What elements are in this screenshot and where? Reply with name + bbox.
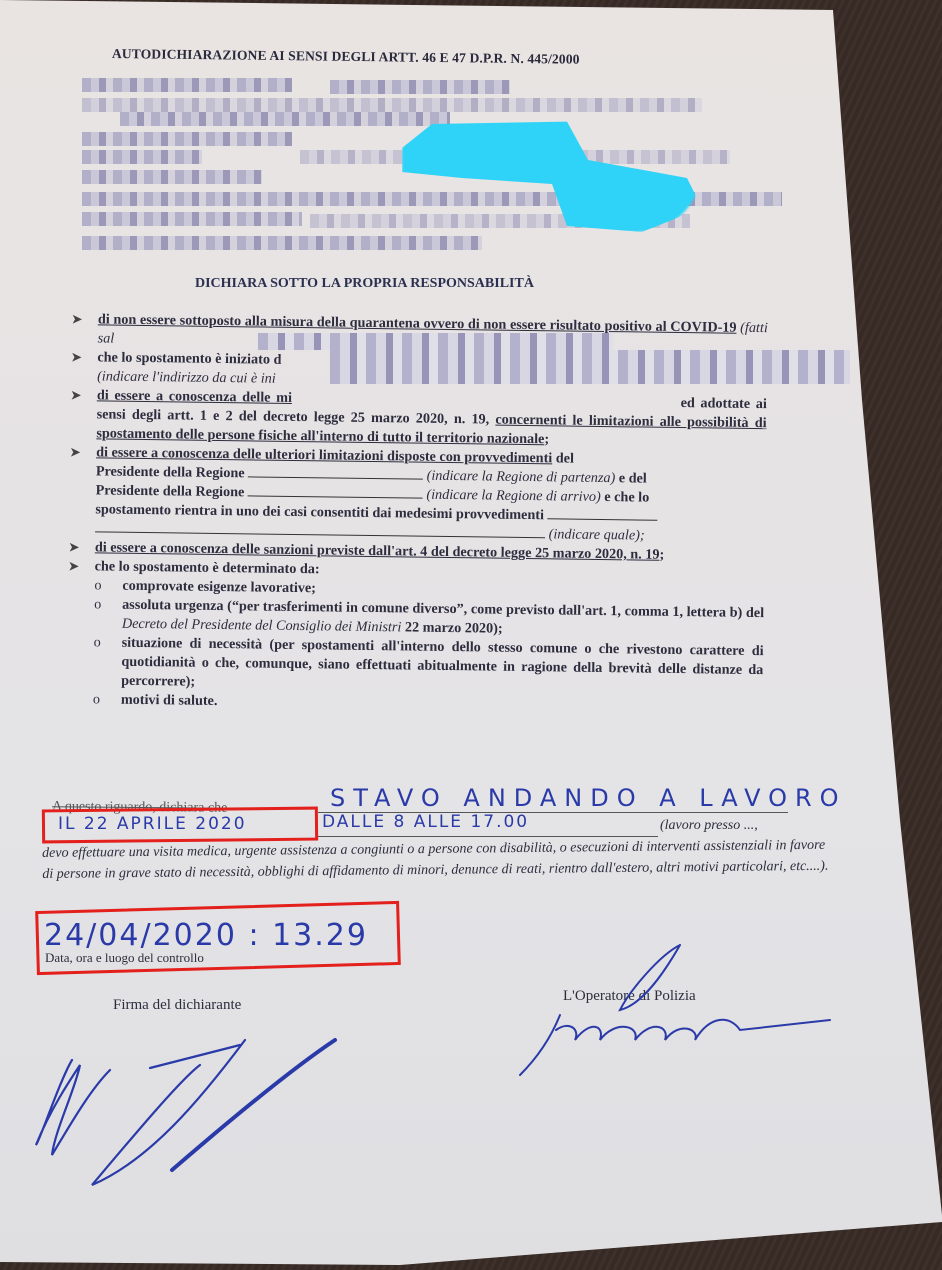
region-arrival-field[interactable] <box>248 483 423 498</box>
redacted-declaration-1 <box>258 333 613 350</box>
highlight-date-box <box>42 807 318 844</box>
signature-declarant-label: Firma del dichiarante <box>113 997 241 1014</box>
circle-bullet-icon: o <box>94 576 101 595</box>
section-heading: DICHIARA SOTTO LA PROPRIA RESPONSABILITÀ <box>195 276 534 292</box>
region-departure-field[interactable] <box>248 464 423 479</box>
redacted-declaration-2 <box>330 350 850 384</box>
signature-police-label: L'Operatore di Polizia <box>563 988 696 1005</box>
reason-paragraph: devo effettuare una visita medica, urgen… <box>42 835 832 885</box>
case-field[interactable] <box>547 506 657 520</box>
circle-bullet-icon: o <box>93 690 100 709</box>
arrow-bullet-icon: ➤ <box>71 348 81 367</box>
highlight-control-box <box>35 901 401 975</box>
arrow-bullet-icon: ➤ <box>69 557 79 576</box>
arrow-bullet-icon: ➤ <box>71 386 81 405</box>
declaration-regional-limits: ➤ di essere a conoscenza delle ulteriori… <box>65 443 766 547</box>
reason-handwritten[interactable]: STAVO ANDANDO A LAVORO <box>330 784 847 812</box>
arrow-bullet-icon: ➤ <box>69 538 79 557</box>
circle-bullet-icon: o <box>94 595 101 614</box>
arrow-bullet-icon: ➤ <box>72 310 82 329</box>
declaration-measures: ➤ di essere a conoscenza delle mixxxxxxx… <box>66 386 767 452</box>
option-necessity: o situazione di necessità (per spostamen… <box>63 633 764 699</box>
arrow-bullet-icon: ➤ <box>70 443 80 462</box>
reason-hint: (lavoro presso ..., <box>660 818 758 834</box>
circle-bullet-icon: o <box>94 633 101 652</box>
time-handwritten[interactable]: DALLE 8 ALLE 17.00 <box>322 812 529 832</box>
